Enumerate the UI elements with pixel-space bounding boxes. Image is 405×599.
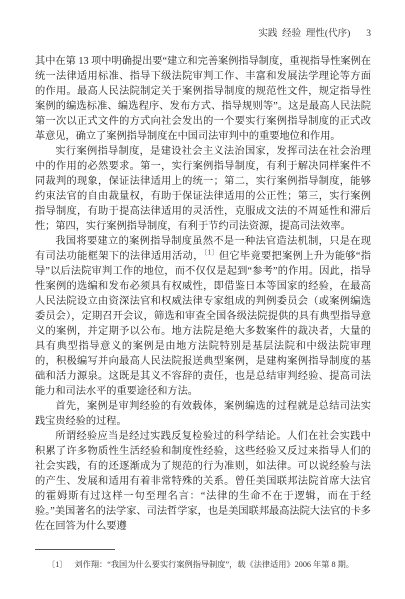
footnote: 〔1〕刘作翔：“我国为什么要实行案例指导制度”，载《法律适用》2006 年第 8…: [47, 559, 371, 571]
footnote-divider: [35, 549, 115, 550]
running-header-title: 实践 经验 理性(代序): [258, 29, 350, 40]
paragraph-1: 其中在第 13 项中明确提出要“建立和完善案例指导制度，重视指导性案例在统一法律…: [35, 54, 371, 144]
paragraph-3: 我国将要建立的案例指导制度虽然不是一种法官造法机制，只是在现有司法功能框架下的法…: [35, 234, 371, 399]
body-text: 其中在第 13 项中明确提出要“建立和完善案例指导制度，重视指导性案例在统一法律…: [35, 54, 371, 534]
running-header: 实践 经验 理性(代序) 3: [258, 29, 371, 40]
page-number: 3: [366, 29, 371, 40]
paragraph-2: 实行案例指导制度，是建设社会主义法治国家，发挥司法在社会治理中的作用的必然要求。…: [35, 144, 371, 234]
footnote-ref-marker: 〔1〕: [204, 249, 219, 257]
footnote-marker: 〔1〕: [47, 560, 67, 569]
footnote-text: 刘作翔：“我国为什么要实行案例指导制度”，载《法律适用》2006 年第 8 期。: [67, 560, 354, 569]
paragraph-4: 首先，案例是审判经验的有效载体，案例编选的过程就是总结司法实践宝贵经验的过程。: [35, 399, 371, 429]
paragraph-3-text-after-ref: 但它毕竟要把案例上升为能够“指导”以后法院审判工作的地位，而不仅仅是起到“参考”…: [35, 251, 371, 397]
paragraph-5: 所谓经验应当是经过实践反复检验过的科学结论。人们在社会实践中积累了许多物质性生活…: [35, 429, 371, 534]
book-page: 实践 经验 理性(代序) 3 其中在第 13 项中明确提出要“建立和完善案例指导…: [0, 0, 405, 599]
